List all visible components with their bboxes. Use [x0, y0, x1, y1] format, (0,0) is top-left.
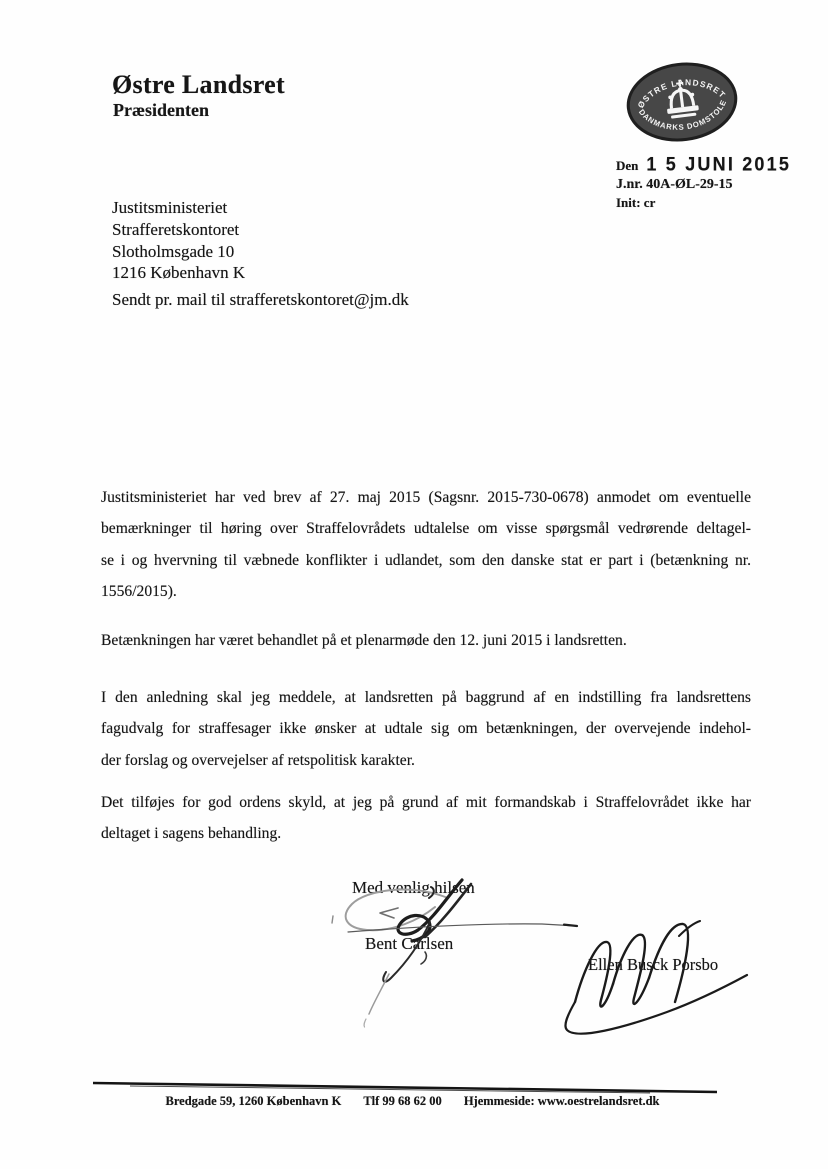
body-paragraph-4: Det tilføjes for god ordens skyld, at je… [101, 787, 751, 850]
letter-meta: Den 1 5 JUNI 2015 J.nr. 40A-ØL-29-15 Ini… [616, 156, 791, 211]
signer-name-ellen-busck-porsbo: Ellen Busck Porsbo [588, 955, 718, 975]
text-line: se i og hvervning til væbnede konflikter… [101, 545, 751, 576]
scanned-letter-page: Østre Landsret Præsidenten ØSTRE LANDSRE… [0, 0, 828, 1169]
footer-website: Hjemmeside: www.oestrelandsret.dk [464, 1094, 660, 1108]
org-department: Præsidenten [113, 100, 209, 121]
date-line: Den 1 5 JUNI 2015 [616, 156, 791, 174]
recipient-line: Justitsministeriet [112, 197, 245, 219]
recipient-line: 1216 København K [112, 262, 245, 284]
text-line: 1556/2015). [101, 576, 751, 607]
text-line: Betænkningen har været behandlet på et p… [101, 625, 751, 656]
signature-bent-carlsen [330, 878, 580, 1033]
recipient-address: Justitsministeriet Strafferetskontoret S… [112, 197, 245, 284]
recipient-line: Strafferetskontoret [112, 219, 245, 241]
date-prefix: Den [616, 158, 638, 173]
date-stamp: 1 5 JUNI 2015 [646, 156, 791, 173]
salutation: Med venlig hilsen [352, 878, 475, 898]
text-line: deltaget i sagens behandling. [101, 818, 751, 849]
footer-address: Bredgade 59, 1260 København K [165, 1094, 341, 1108]
text-line: Justitsministeriet har ved brev af 27. m… [101, 482, 751, 513]
sent-via-line: Sendt pr. mail til strafferetskontoret@j… [112, 290, 409, 310]
footer-contact-line: Bredgade 59, 1260 København KTlf 99 68 6… [90, 1094, 735, 1109]
text-line: I den anledning skal jeg meddele, at lan… [101, 682, 751, 713]
text-line: der forslag og overvejelser af retspolit… [101, 745, 751, 776]
text-line: bemærkninger til høring over Straffelovr… [101, 513, 751, 544]
recipient-line: Slotholmsgade 10 [112, 241, 245, 263]
court-seal: ØSTRE LANDSRET DANMARKS DOMSTOLE [622, 55, 743, 148]
initials: Init: cr [616, 195, 791, 211]
org-name: Østre Landsret [112, 70, 285, 100]
body-paragraph-2: Betænkningen har været behandlet på et p… [101, 625, 751, 656]
signature-ellen-busck-porsbo [563, 920, 753, 1050]
text-line: Det tilføjes for god ordens skyld, at je… [101, 787, 751, 818]
body-paragraph-1: Justitsministeriet har ved brev af 27. m… [101, 482, 751, 608]
text-line: fagudvalg for straffesager ikke ønsker a… [101, 713, 751, 744]
body-paragraph-3: I den anledning skal jeg meddele, at lan… [101, 682, 751, 776]
journal-number: J.nr. 40A-ØL-29-15 [616, 177, 791, 193]
footer-phone: Tlf 99 68 62 00 [363, 1094, 441, 1108]
signer-name-bent-carlsen: Bent Carlsen [365, 934, 453, 954]
seal-graphic: ØSTRE LANDSRET DANMARKS DOMSTOLE [622, 55, 743, 148]
